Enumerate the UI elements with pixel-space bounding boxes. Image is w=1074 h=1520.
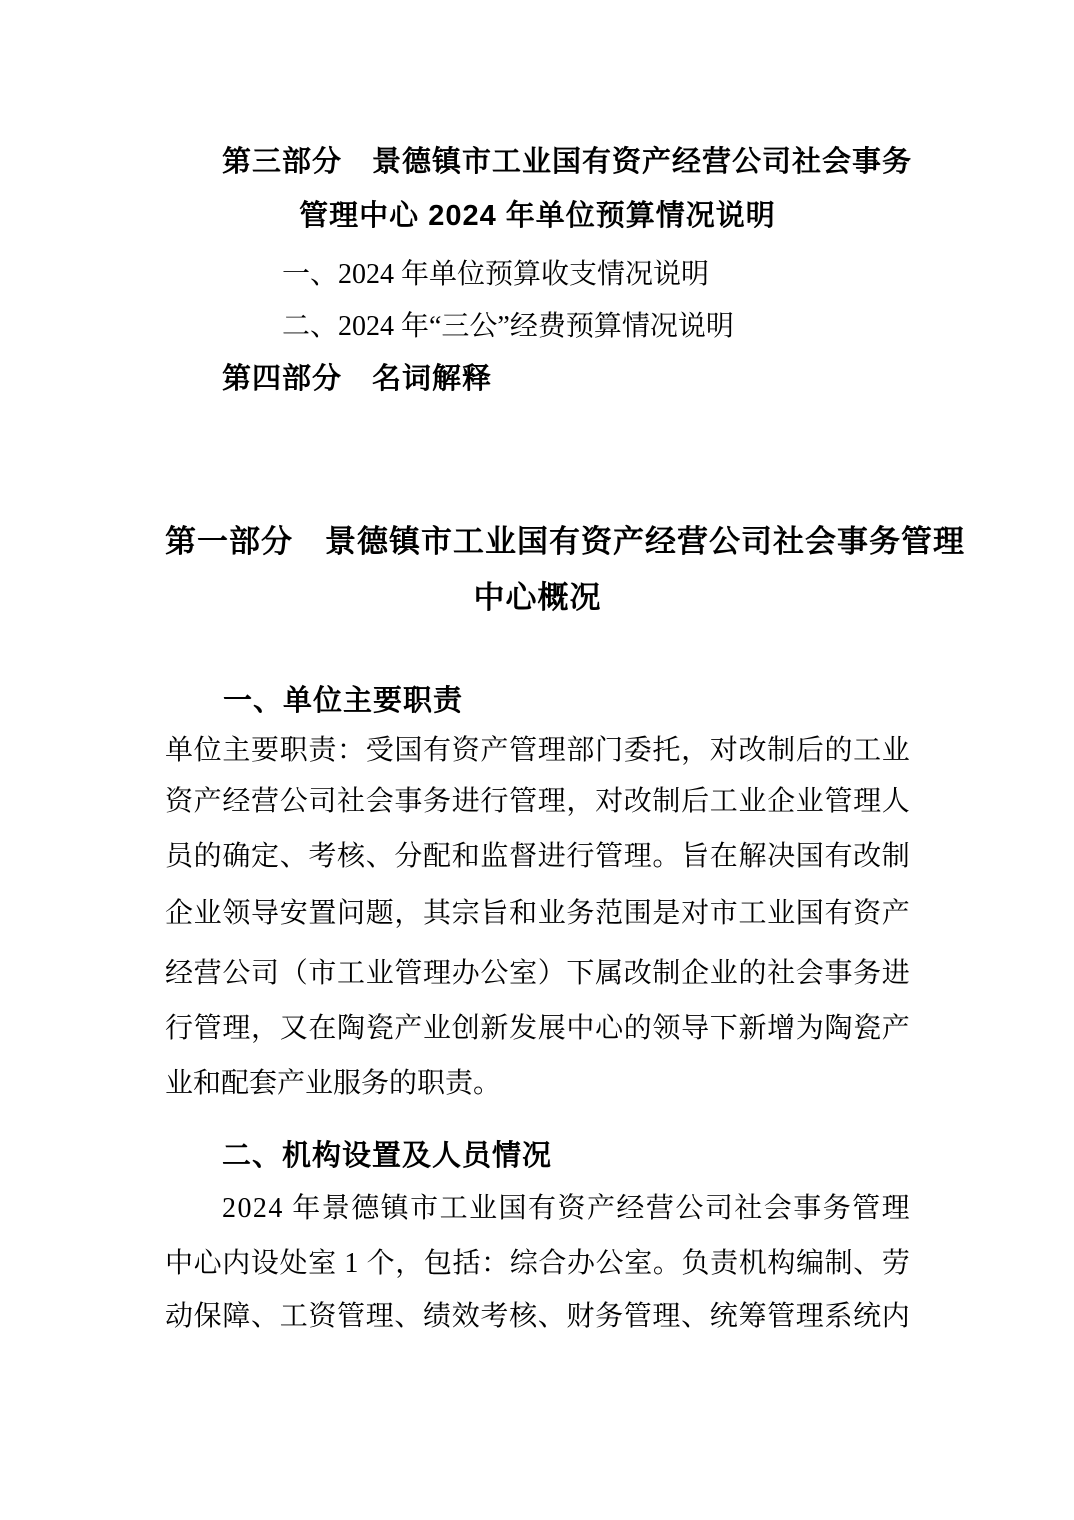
- toc-part4-title: 第四部分 名词解释: [222, 363, 492, 396]
- section-org-heading: 二、机构设置及人员情况: [222, 1140, 552, 1173]
- document-page: 第三部分 景德镇市工业国有资产经营公司社会事务 管理中心 2024 年单位预算情…: [0, 0, 1074, 1520]
- org-paragraph-line-3: 动保障、工资管理、绩效考核、财务管理、统筹管理系统内: [165, 1301, 910, 1333]
- duties-paragraph-line-2: 资产经营公司社会事务进行管理，对改制后工业企业管理人: [165, 786, 910, 818]
- toc-part3-item-1: 一、2024 年单位预算收支情况说明: [282, 259, 709, 291]
- duties-paragraph-line-5: 经营公司（市工业管理办公室）下属改制企业的社会事务进: [165, 958, 910, 990]
- toc-part3-title-line1: 第三部分 景德镇市工业国有资产经营公司社会事务: [222, 146, 910, 179]
- toc-part3-title-line2: 管理中心 2024 年单位预算情况说明: [165, 200, 910, 233]
- duties-paragraph-line-6: 行管理，又在陶瓷产业创新发展中心的领导下新增为陶瓷产: [165, 1013, 910, 1045]
- part1-heading-line1: 第一部分 景德镇市工业国有资产经营公司社会事务管理: [165, 524, 910, 560]
- duties-paragraph-line-7: 业和配套产业服务的职责。: [165, 1068, 910, 1100]
- part1-heading-line2: 中心概况: [165, 580, 910, 616]
- duties-paragraph-line-3: 员的确定、考核、分配和监督进行管理。旨在解决国有改制: [165, 841, 910, 873]
- duties-paragraph-line-4: 企业领导安置问题，其宗旨和业务范围是对市工业国有资产: [165, 898, 910, 930]
- toc-part3-item-2: 二、2024 年“三公”经费预算情况说明: [282, 311, 734, 343]
- section-duties-heading: 一、单位主要职责: [223, 685, 463, 718]
- duties-paragraph-line-1: 单位主要职责：受国有资产管理部门委托，对改制后的工业: [165, 735, 910, 767]
- org-paragraph-line-1: 2024 年景德镇市工业国有资产经营公司社会事务管理: [165, 1193, 910, 1225]
- org-paragraph-line-2: 中心内设处室 1 个，包括：综合办公室。负责机构编制、劳: [165, 1248, 910, 1280]
